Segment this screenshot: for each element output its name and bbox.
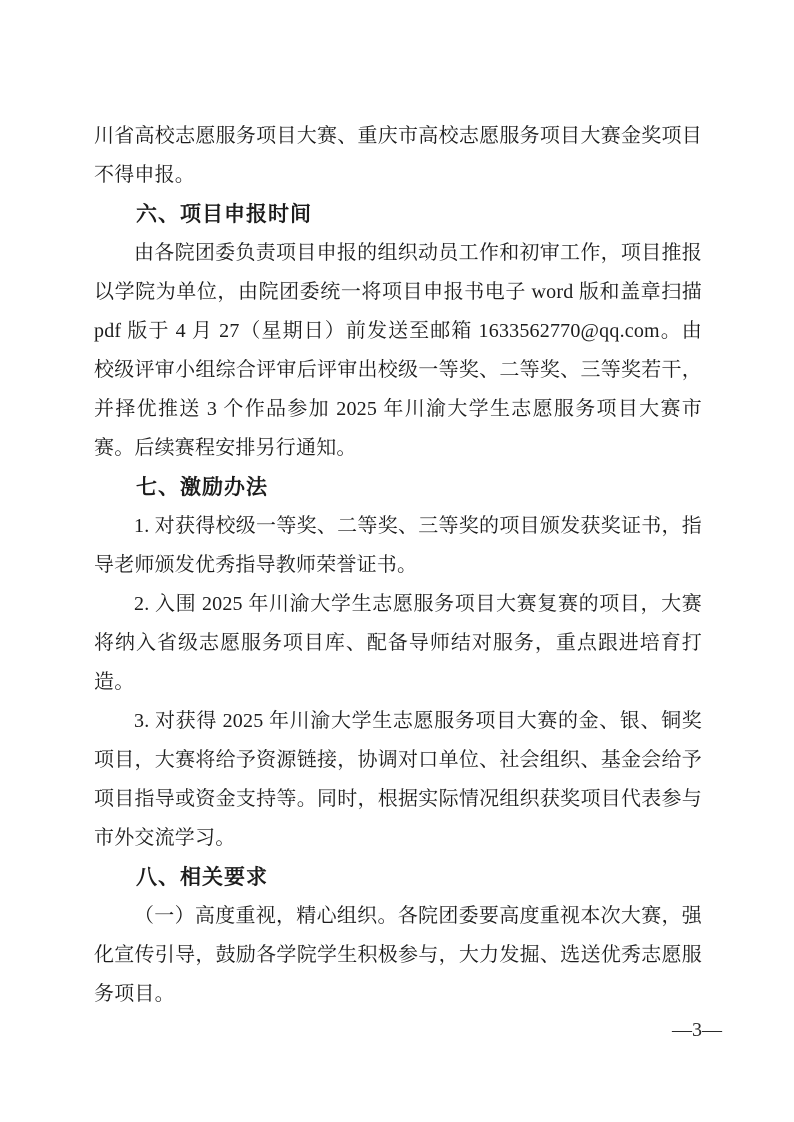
page-number: —3—	[672, 1015, 722, 1045]
paragraph-incentive-2: 2. 入围 2025 年川渝大学生志愿服务项目大赛复赛的项目，大赛将纳入省级志愿…	[94, 585, 702, 702]
document-body: 川省高校志愿服务项目大赛、重庆市高校志愿服务项目大赛金奖项目不得申报。 六、项目…	[94, 117, 702, 1014]
section-heading-6: 六、项目申报时间	[94, 195, 702, 234]
section-heading-8: 八、相关要求	[94, 858, 702, 897]
paragraph-continuation: 川省高校志愿服务项目大赛、重庆市高校志愿服务项目大赛金奖项目不得申报。	[94, 117, 702, 195]
paragraph-incentive-3: 3. 对获得 2025 年川渝大学生志愿服务项目大赛的金、银、铜奖项目，大赛将给…	[94, 702, 702, 858]
section-heading-7: 七、激励办法	[94, 468, 702, 507]
paragraph-application-time: 由各院团委负责项目申报的组织动员工作和初审工作，项目推报以学院为单位，由院团委统…	[94, 234, 702, 468]
paragraph-incentive-1: 1. 对获得校级一等奖、二等奖、三等奖的项目颁发获奖证书，指导老师颁发优秀指导教…	[94, 507, 702, 585]
paragraph-requirement-1: （一）高度重视，精心组织。各院团委要高度重视本次大赛，强化宣传引导，鼓励各学院学…	[94, 897, 702, 1014]
document-page: 川省高校志愿服务项目大赛、重庆市高校志愿服务项目大赛金奖项目不得申报。 六、项目…	[0, 0, 794, 1122]
